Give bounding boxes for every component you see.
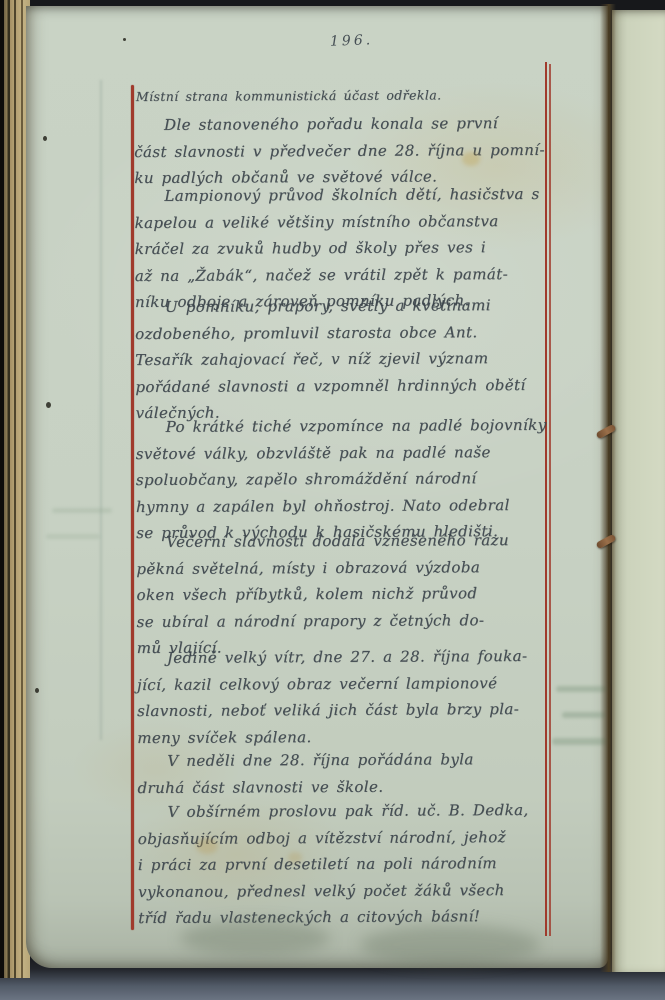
text-line: světové války, obzvláště pak na padlé na… xyxy=(136,443,491,463)
show-through-smudge xyxy=(360,925,540,965)
book-photo: 196. Místní strana kommunistická účast o… xyxy=(0,0,665,1000)
text-line: i práci za první desetiletí na poli náro… xyxy=(138,854,497,874)
paper-stain xyxy=(462,152,480,166)
text-line: pěkná světelná, místy i obrazová výzdoba xyxy=(136,558,480,578)
text-line: objasňujícím odboj a vítězství národní, … xyxy=(138,828,506,848)
text-line: ozdobeného, promluvil starosta obce Ant. xyxy=(135,323,477,343)
text-line: meny svíček spálena. xyxy=(137,728,311,747)
text-line: U pomníku, prapory, světly a květinami xyxy=(165,296,491,316)
text-line: hymny a zapálen byl ohňostroj. Nato odeb… xyxy=(136,496,510,516)
text-line: se ubíral a národní prapory z četných do… xyxy=(137,611,485,631)
ink-speck xyxy=(46,402,51,408)
next-page-edge: Velkyu pampřite xyxy=(612,10,665,972)
ink-speck xyxy=(35,688,39,693)
text-line: kapelou a veliké většiny místního občans… xyxy=(134,212,498,232)
text-line: spoluobčany, zapělo shromáždění národní xyxy=(136,469,477,489)
text-line: slavnosti, neboť veliká jich část byla b… xyxy=(137,700,519,720)
text-line: kráčel za zvuků hudby od školy přes ves … xyxy=(135,238,486,258)
text-line: Po krátké tiché vzpomínce na padlé bojov… xyxy=(166,416,547,436)
text-line: V obšírném proslovu pak říd. uč. B. Dedk… xyxy=(168,801,529,821)
text-line: Lampionový průvod školních dětí, hasičst… xyxy=(164,185,539,205)
text-line: V neděli dne 28. října pořádána byla xyxy=(167,750,473,770)
text-line: Jedině velký vítr, dne 27. a 28. října f… xyxy=(167,647,528,667)
paper-stain xyxy=(196,838,218,854)
show-through-smudge xyxy=(180,920,330,956)
text-line: ku padlých občanů ve světové válce. xyxy=(134,167,437,187)
binding-gutter xyxy=(600,4,616,972)
manuscript-text: Místní strana kommunistická účast odřekl… xyxy=(0,0,665,1000)
text-line: oken všech příbytků, kolem nichž průvod xyxy=(136,584,477,604)
text-line: pořádané slavnosti a vzpomněl hrdinných … xyxy=(135,375,525,395)
ink-speck xyxy=(123,38,126,41)
text-line: Místní strana kommunistická účast odřekl… xyxy=(136,87,442,104)
text-line: Večerní slavnosti dodala vznešeného rázu xyxy=(166,531,509,551)
ink-speck xyxy=(43,136,47,141)
show-through-mark xyxy=(52,508,112,513)
text-line: Dle stanoveného pořadu konala se první xyxy=(164,114,498,134)
text-line: část slavnosti v předvečer dne 28. října… xyxy=(134,140,545,160)
text-line: až na „Žabák“, načež se vrátil zpět k pa… xyxy=(135,265,508,285)
text-line: jící, kazil celkový obraz večerní lampio… xyxy=(137,674,497,694)
show-through-mark xyxy=(46,534,100,539)
text-line: tříd řadu vlasteneckých a citových básní… xyxy=(138,907,480,927)
text-line: druhá část slavnosti ve škole. xyxy=(137,777,383,796)
text-line: vykonanou, přednesl velký počet žáků vše… xyxy=(138,881,505,901)
text-line: Tesařík zahajovací řeč, v níž zjevil výz… xyxy=(135,349,488,369)
paper-stain xyxy=(288,852,302,863)
